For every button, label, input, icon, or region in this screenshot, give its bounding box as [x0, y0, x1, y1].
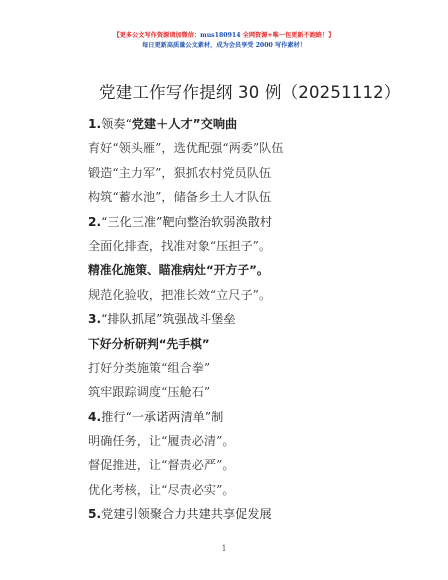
section-heading-text: 领奏“ — [101, 117, 132, 131]
section-heading-text: “排队抓尾”筑强战斗堡垒 — [101, 312, 235, 326]
section-heading-text: “三化三准”靶向整治软弱涣散村 — [101, 215, 272, 229]
outline-line: 筑牢跟踪调度“压舱石” — [88, 380, 388, 404]
section-number: 4. — [88, 410, 101, 424]
section-heading-3: 3.“排队抓尾”筑强战斗堡垒 — [88, 307, 388, 331]
outline-line: 明确任务，让“履责必清”。 — [88, 429, 388, 453]
outline-line: 打好分类施策“组合拳” — [88, 356, 388, 380]
outline-line-bold: 下好分析研判“先手棋” — [88, 332, 388, 356]
page-number: 1 — [0, 544, 448, 553]
document-body: 1.领奏“党建＋人才”交响曲 育好“领头雁”，选优配强“两委”队伍 锻造“主力军… — [88, 112, 388, 527]
outline-line: 规范化验收，把准长效“立尺子”。 — [88, 283, 388, 307]
promo-banner-line-1: 【更多公文写作资源请加微信：mus180914 全网资源+唯一包更新不跑路！】 — [0, 31, 448, 41]
section-heading-2: 2.“三化三准”靶向整治软弱涣散村 — [88, 210, 388, 234]
section-heading-bold-text: 党建＋人才”交响曲 — [132, 117, 238, 131]
section-heading-5: 5.党建引领聚合力共建共享促发展 — [88, 502, 388, 526]
promo-banner-line-2: 每日更新高质量公文素材，成为会员享受 2000 写作素材！ — [0, 41, 448, 51]
outline-line: 锻造“主力军”，狠抓农村党员队伍 — [88, 161, 388, 185]
section-heading-text: 推行“一承诺两清单”制 — [101, 410, 223, 424]
outline-line: 育好“领头雁”，选优配强“两委”队伍 — [88, 136, 388, 160]
promo-banner: 【更多公文写作资源请加微信：mus180914 全网资源+唯一包更新不跑路！】 … — [0, 31, 448, 51]
section-heading-4: 4.推行“一承诺两清单”制 — [88, 405, 388, 429]
outline-line: 优化考核，让“尽责必实”。 — [88, 478, 388, 502]
promo-text-suffix: 全网资源+唯一包更新不跑路！】 — [241, 32, 335, 39]
document-title: 党建工作写作提纲 30 例（20251112） — [99, 79, 401, 103]
section-number: 1. — [88, 117, 101, 131]
section-heading-text: 党建引领聚合力共建共享促发展 — [101, 507, 272, 521]
outline-line: 督促推进，让“督责必严”。 — [88, 453, 388, 477]
section-number: 5. — [88, 507, 101, 521]
section-number: 2. — [88, 215, 101, 229]
document-page: 【更多公文写作资源请加微信：mus180914 全网资源+唯一包更新不跑路！】 … — [0, 0, 448, 580]
outline-line: 全面化排查，找准对象“压担子”。 — [88, 234, 388, 258]
outline-line-bold: 精准化施策、瞄准病灶“开方子”。 — [88, 258, 388, 282]
promo-wechat-id: mus180914 — [200, 32, 240, 39]
promo-text-prefix: 【更多公文写作资源请加微信： — [114, 32, 201, 39]
section-number: 3. — [88, 312, 101, 326]
section-heading-1: 1.领奏“党建＋人才”交响曲 — [88, 112, 388, 136]
outline-line: 构筑“蓄水池”，储备乡土人才队伍 — [88, 185, 388, 209]
